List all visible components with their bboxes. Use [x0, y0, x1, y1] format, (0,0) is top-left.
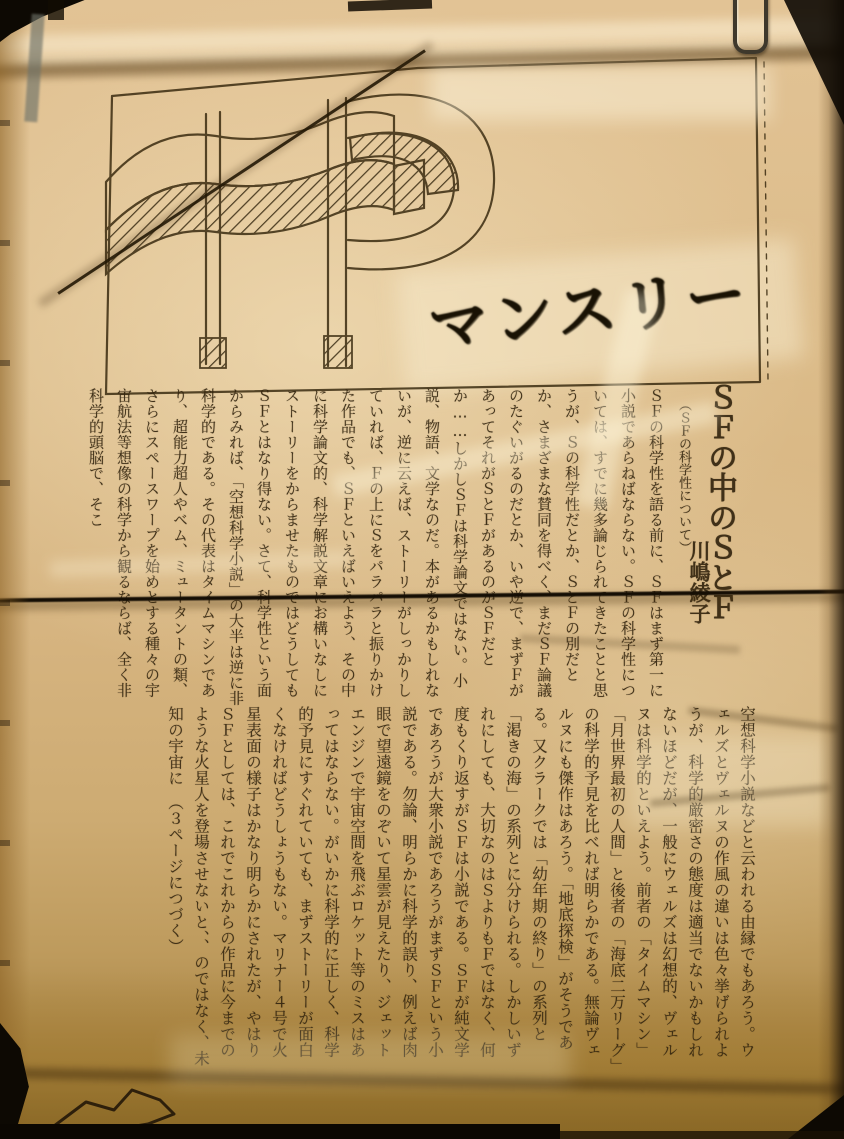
highlight-patch [630, 736, 830, 826]
left-edge-marks [0, 0, 10, 1139]
paperclip [733, 0, 768, 54]
top-edge-smudge [48, 0, 64, 20]
photographed-fanzine-page: FP マンスリー ＳＦの中のＳとＦ （ＳＦの科学性について） 川嶋綾子 ＳＦの科… [0, 0, 844, 1139]
highlight-patch [430, 66, 770, 120]
bottom-edge-band [0, 1124, 560, 1139]
highlight-patch [170, 1035, 570, 1083]
bottom-edge-band [560, 1131, 844, 1139]
right-edge-shadow [818, 0, 844, 1139]
top-edge-smudge [348, 0, 432, 11]
